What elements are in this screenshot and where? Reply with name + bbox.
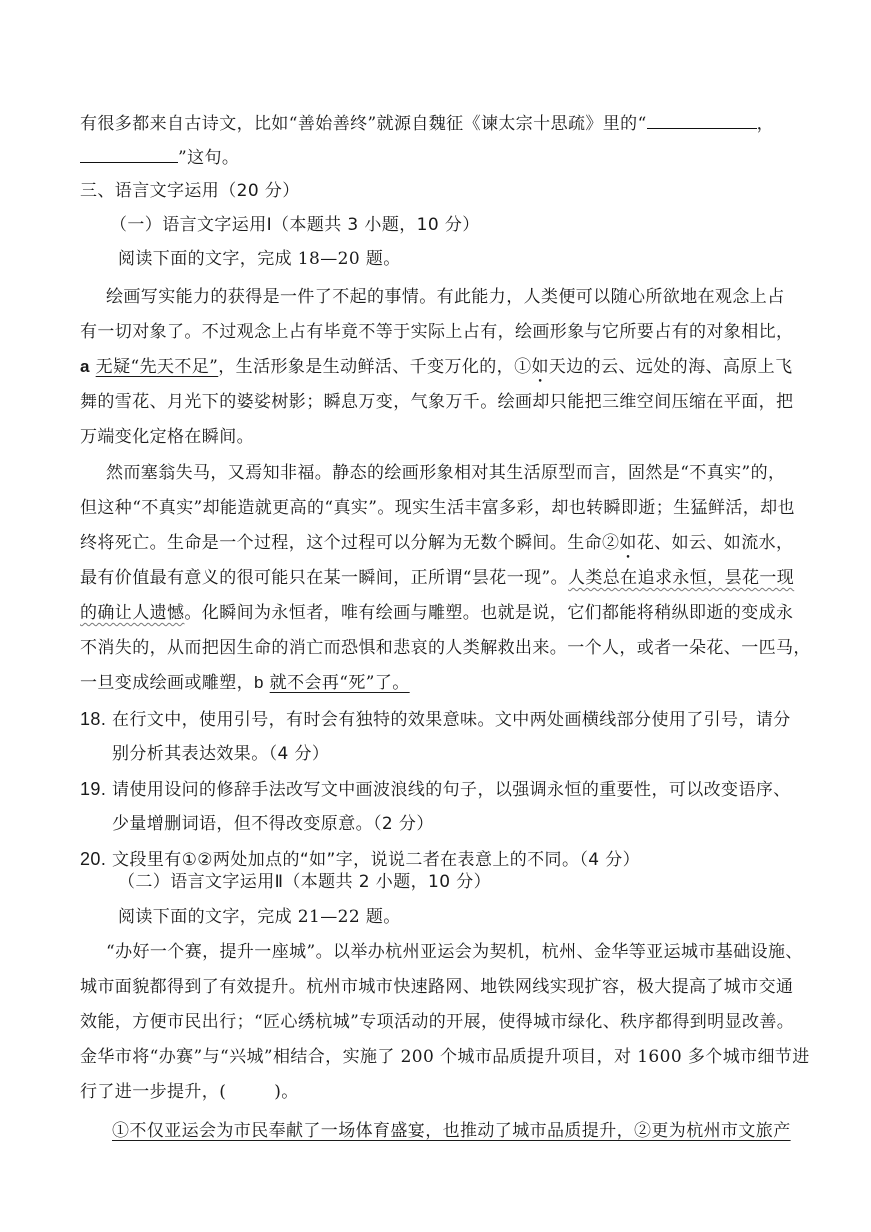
- question-18: 18. 在行文中，使用引号，有时会有独特的效果意味。文中两处画横线部分使用了引号…: [80, 708, 792, 731]
- question-text: 请使用设问的修辞手法改写文中画波浪线的句子，以强调永恒的重要性，可以改变语序、: [112, 780, 791, 800]
- passage-line: 然而塞翁失马，又焉知非福。静态的绘画形象相对其生活原型而言，固然是“不真实”的，: [106, 462, 818, 484]
- answer-blank-2[interactable]: [80, 146, 178, 163]
- question-number: 18.: [80, 709, 106, 729]
- carry-over-line-2: ”这句。: [80, 146, 792, 169]
- passage2-line: “办好一个赛，提升一座城”。以举办杭州亚运会为契机，杭州、金华等亚运城市基础设施…: [106, 941, 818, 963]
- question-number: 19.: [80, 779, 106, 799]
- underlined-phrase-b: 就不会再“死”了。: [270, 673, 410, 693]
- passage-text: 一旦变成绘画或雕塑，: [80, 673, 254, 693]
- question-20: 20. 文段里有①②两处加点的“如”字，说说二者在表意上的不同。（4 分）: [80, 848, 792, 871]
- part2-instruction: 阅读下面的文字，完成 21—22 题。: [118, 906, 830, 928]
- question-number: 20.: [80, 849, 106, 869]
- passage-text: 。化瞬间为永恒者，唯有绘画与雕塑。也就是说，它们都能将稍纵即逝的变成永: [184, 603, 793, 623]
- passage-line: 万端变化定格在瞬间。: [80, 426, 792, 448]
- passage-text: ，生活形象是生动鲜活、千变万化的，①: [218, 357, 531, 377]
- dotted-ru-1: 如: [531, 357, 548, 377]
- passage-line: 一旦变成绘画或雕塑，b 就不会再“死”了。: [80, 672, 792, 694]
- question-text: 在行文中，使用引号，有时会有独特的效果意味。文中两处画横线部分使用了引号，请分: [112, 710, 791, 730]
- wavy-sentence-part2: 的确让人遗憾: [80, 603, 184, 623]
- question-19: 19. 请使用设问的修辞手法改写文中画波浪线的句子，以强调永恒的重要性，可以改变…: [80, 778, 792, 801]
- question-text: 文段里有①②两处加点的“如”字，说说二者在表意上的不同。（4 分）: [112, 850, 640, 870]
- passage-line: 最有价值最有意义的很可能只在某一瞬间，正所谓“昙花一现”。人类总在追求永恒，昙花…: [80, 567, 792, 589]
- comma: ，: [757, 114, 774, 134]
- passage-line: a 无疑“先天不足”，生活形象是生动鲜活、千变万化的，①如天边的云、远处的海、高…: [80, 356, 792, 387]
- underlined-phrase-a: 无疑“先天不足”: [96, 357, 219, 377]
- underlined-sentence: ①不仅亚运会为市民奉献了一场体育盛宴，也推动了城市品质提升，②更为杭州市文旅产: [112, 1120, 824, 1142]
- passage-line: 不消失的，从而把因生命的消亡而恐惧和悲哀的人类解救出来。一个人，或者一朵花、一匹…: [80, 637, 792, 659]
- passage-text: )。: [274, 1082, 298, 1102]
- marker-a: a: [80, 357, 90, 376]
- marker-b: b: [254, 673, 264, 692]
- passage-line: 有一切对象了。不过观念上占有毕竟不等于实际上占有，绘画形象与它所要占有的对象相比…: [80, 321, 792, 343]
- carry-over-text: 有很多都来自古诗文，比如“善始善终”就源自魏征《谏太宗十思疏》里的“: [80, 114, 647, 134]
- wavy-sentence-part1: 人类总在追求永恒，昙花一现: [568, 568, 794, 588]
- passage-line: 舞的雪花、月光下的婆娑树影；瞬息万变，气象万千。绘画却只能把三维空间压缩在平面，…: [80, 391, 792, 413]
- passage2-line: 行了进一步提升，()。: [80, 1081, 792, 1103]
- passage-line: 终将死亡。生命是一个过程，这个过程可以分解为无数个瞬间。生命②如花、如云、如流水…: [80, 532, 792, 563]
- passage-line: 的确让人遗憾。化瞬间为永恒者，唯有绘画与雕塑。也就是说，它们都能将稍纵即逝的变成…: [80, 602, 792, 624]
- carry-over-line-1: 有很多都来自古诗文，比如“善始善终”就源自魏征《谏太宗十思疏》里的“，: [80, 112, 792, 135]
- carry-over-end: ”这句。: [178, 148, 239, 168]
- passage-line: 绘画写实能力的获得是一件了不起的事情。有此能力，人类便可以随心所欲地在观念上占: [106, 286, 818, 308]
- passage-text: 行了进一步提升，(: [80, 1082, 226, 1102]
- passage2-line: 金华市将“办赛”与“兴城”相结合，实施了 200 个城市品质提升项目，对 160…: [80, 1046, 792, 1068]
- passage-line: 但这种“不真实”却能造就更高的“真实”。现实生活丰富多彩，却也转瞬即逝；生猛鲜活…: [80, 497, 792, 519]
- part1-title: （一）语言文字运用Ⅰ（本题共 3 小题，10 分）: [110, 214, 822, 236]
- question-19-cont: 少量增删词语，但不得改变原意。（2 分）: [112, 813, 824, 835]
- question-18-cont: 别分析其表达效果。（4 分）: [112, 743, 824, 765]
- part1-instruction: 阅读下面的文字，完成 18—20 题。: [118, 248, 830, 270]
- dotted-ru-2: 如: [619, 533, 636, 553]
- passage-text: 花、如云、如流水，: [637, 533, 794, 553]
- section-title: 三、语言文字运用（20 分）: [80, 180, 792, 202]
- passage-text: 终将死亡。生命是一个过程，这个过程可以分解为无数个瞬间。生命②: [80, 533, 619, 553]
- passage2-line: 城市面貌都得到了有效提升。杭州市城市快速路网、地铁网线实现扩容，极大提高了城市交…: [80, 976, 792, 998]
- passage-text: 天边的云、远处的海、高原上飞: [549, 357, 793, 377]
- answer-blank-1[interactable]: [647, 112, 757, 129]
- passage2-line: 效能，方便市民出行；“匠心绣杭城”专项活动的开展，使得城市绿化、秩序都得到明显改…: [80, 1011, 792, 1033]
- part2-title: （二）语言文字运用Ⅱ（本题共 2 小题，10 分）: [118, 871, 830, 893]
- passage-text: 最有价值最有意义的很可能只在某一瞬间，正所谓“昙花一现”。: [80, 568, 568, 588]
